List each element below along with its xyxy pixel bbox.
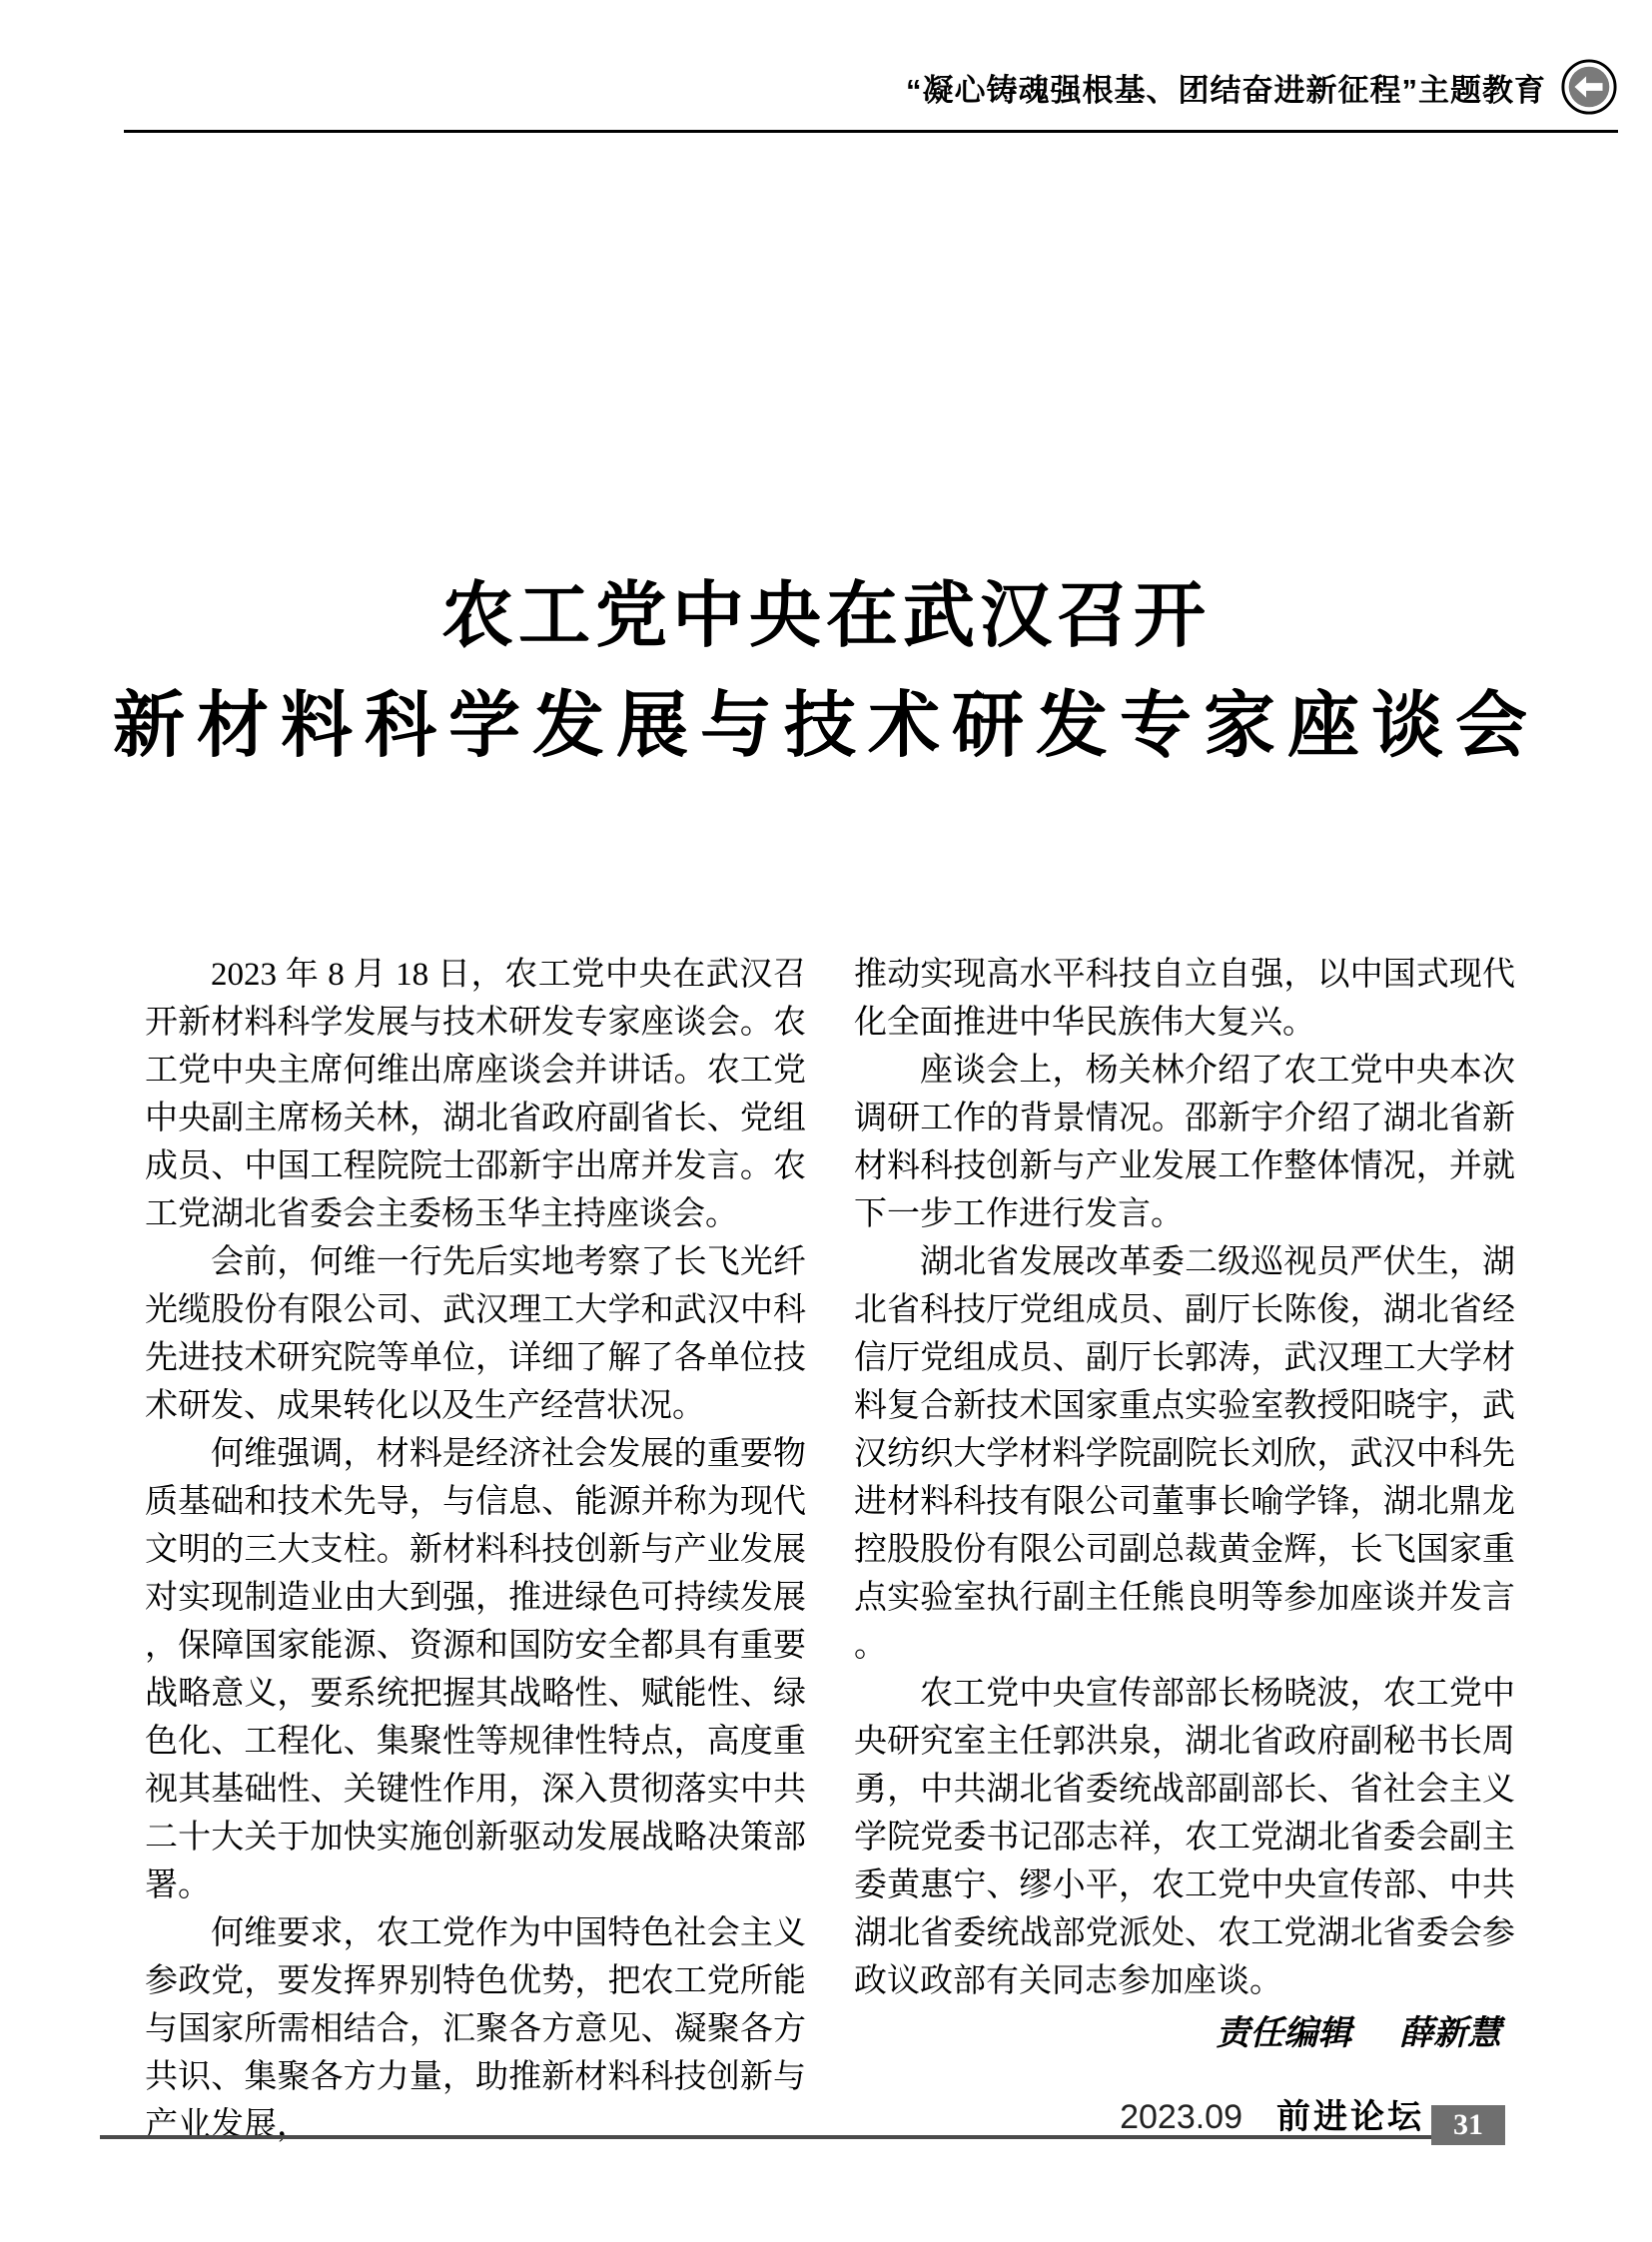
page-header: “凝心铸魂强根基、团结奋进新征程”主题教育: [906, 58, 1618, 116]
body-paragraph: 座谈会上，杨关林介绍了农工党中央本次调研工作的背景情况。邵新宇介绍了湖北省新材料…: [854, 1047, 1515, 1238]
body-paragraph: 2023 年 8 月 18 日，农工党中央在武汉召开新材料科学发展与技术研发专家…: [145, 951, 806, 1238]
article-title-line1: 农工党中央在武汉召开: [0, 561, 1652, 671]
magazine-page: “凝心铸魂强根基、团结奋进新征程”主题教育 农工党中央在武汉召开 新材料科学发展…: [0, 0, 1652, 2242]
footer-issue-date: 2023.09: [1120, 2099, 1242, 2135]
body-column-right: 推动实现高水平科技自立自强，以中国式现代化全面推进中华民族伟大复兴。 座谈会上，…: [854, 951, 1515, 2005]
back-arrow-icon: [1560, 58, 1618, 116]
editor-credit-name: 薛新慧: [1399, 2015, 1501, 2052]
header-rule: [124, 130, 1618, 133]
page-footer: 2023.09 前进论坛: [0, 2099, 1424, 2136]
article-title: 农工党中央在武汉召开 新材料科学发展与技术研发专家座谈会: [0, 561, 1652, 781]
body-paragraph: 何维强调，材料是经济社会发展的重要物质基础和技术先导，与信息、能源并称为现代文明…: [145, 1430, 806, 1909]
editor-credit-label: 责任编辑: [1216, 2015, 1351, 2052]
body-column-left: 2023 年 8 月 18 日，农工党中央在武汉召开新材料科学发展与技术研发专家…: [145, 951, 806, 2149]
header-slogan: “凝心铸魂强根基、团结奋进新征程”主题教育: [906, 65, 1546, 110]
editor-credit: 责任编辑薛新慧: [854, 2005, 1501, 2054]
body-paragraph: 推动实现高水平科技自立自强，以中国式现代化全面推进中华民族伟大复兴。: [854, 951, 1515, 1047]
body-paragraph: 会前，何维一行先后实地考察了长飞光纤光缆股份有限公司、武汉理工大学和武汉中科先进…: [145, 1238, 806, 1430]
body-paragraph: 湖北省发展改革委二级巡视员严伏生，湖北省科技厅党组成员、副厅长陈俊，湖北省经信厅…: [854, 1238, 1515, 1670]
footer-rule: [100, 2135, 1434, 2139]
page-number-badge: 31: [1431, 2105, 1505, 2145]
body-paragraph: 农工党中央宣传部部长杨晓波，农工党中央研究室主任郭洪泉，湖北省政府副秘书长周勇，…: [854, 1670, 1515, 2005]
article-title-line2: 新材料科学发展与技术研发专家座谈会: [0, 671, 1652, 781]
footer-journal-name: 前进论坛: [1276, 2100, 1424, 2136]
